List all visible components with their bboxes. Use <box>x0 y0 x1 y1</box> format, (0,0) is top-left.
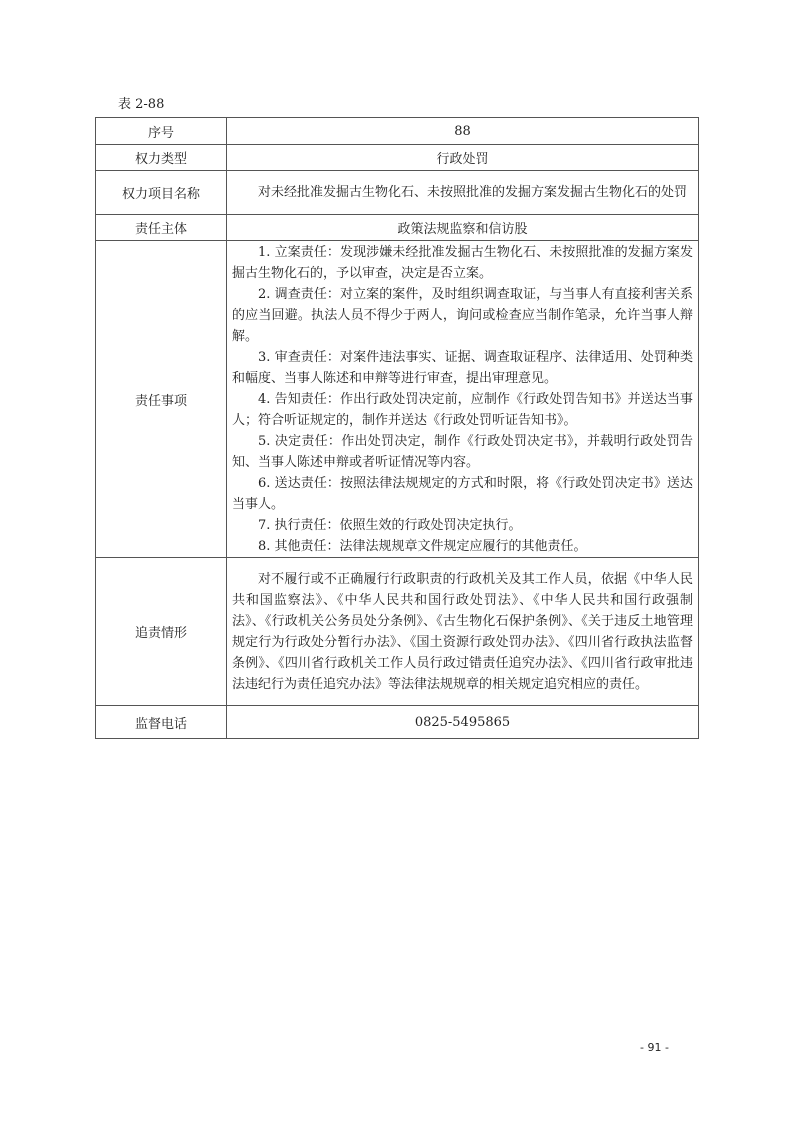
row-value-serial: 88 <box>227 118 699 145</box>
table-row: 权力项目名称 对未经批准发掘古生物化石、未按照批准的发掘方案发掘古生物化石的处罚 <box>96 171 699 215</box>
row-label-accountability: 追责情形 <box>96 558 227 706</box>
row-value-responsible-subject: 政策法规监察和信访股 <box>227 215 699 241</box>
row-label-serial: 序号 <box>96 118 227 145</box>
responsibility-table: 序号 88 权力类型 行政处罚 权力项目名称 对未经批准发掘古生物化石、未按照批… <box>95 117 699 739</box>
responsibility-item: 2. 调查责任：对立案的案件，及时组织调查取证，与当事人有直接利害关系的应当回避… <box>232 284 693 347</box>
row-value-responsibilities: 1. 立案责任：发现涉嫌未经批准发掘古生物化石、未按照批准的发掘方案发掘古生物化… <box>227 241 699 558</box>
responsibility-item: 8. 其他责任：法律法规规章文件规定应履行的其他责任。 <box>232 536 693 557</box>
table-row: 权力类型 行政处罚 <box>96 145 699 171</box>
row-value-accountability: 对不履行或不正确履行行政职责的行政机关及其工作人员，依据《中华人民共和国监察法》… <box>227 558 699 706</box>
power-item-name-text: 对未经批准发掘古生物化石、未按照批准的发掘方案发掘古生物化石的处罚 <box>232 182 693 203</box>
table-row: 责任事项 1. 立案责任：发现涉嫌未经批准发掘古生物化石、未按照批准的发掘方案发… <box>96 241 699 558</box>
page-number: - 91 - <box>640 1041 669 1054</box>
table-row: 序号 88 <box>96 118 699 145</box>
table-row: 监督电话 0825-5495865 <box>96 706 699 739</box>
responsibility-item: 7. 执行责任：依照生效的行政处罚决定执行。 <box>232 515 693 536</box>
responsibility-item: 6. 送达责任：按照法律法规规定的方式和时限，将《行政处罚决定书》送达当事人。 <box>232 473 693 515</box>
row-label-responsibilities: 责任事项 <box>96 241 227 558</box>
table-row: 追责情形 对不履行或不正确履行行政职责的行政机关及其工作人员，依据《中华人民共和… <box>96 558 699 706</box>
table-caption: 表 2-88 <box>118 97 164 113</box>
row-label-power-item-name: 权力项目名称 <box>96 171 227 215</box>
table-row: 责任主体 政策法规监察和信访股 <box>96 215 699 241</box>
row-label-supervision-phone: 监督电话 <box>96 706 227 739</box>
responsibility-item: 3. 审查责任：对案件违法事实、证据、调查取证程序、法律适用、处罚种类和幅度、当… <box>232 347 693 389</box>
responsibility-item: 1. 立案责任：发现涉嫌未经批准发掘古生物化石、未按照批准的发掘方案发掘古生物化… <box>232 242 693 284</box>
accountability-text: 对不履行或不正确履行行政职责的行政机关及其工作人员，依据《中华人民共和国监察法》… <box>232 569 693 695</box>
responsibility-item: 5. 决定责任：作出处罚决定，制作《行政处罚决定书》，并载明行政处罚告知、当事人… <box>232 431 693 473</box>
row-value-supervision-phone: 0825-5495865 <box>227 706 699 739</box>
responsibility-item: 4. 告知责任：作出行政处罚决定前，应制作《行政处罚告知书》并送达当事人；符合听… <box>232 389 693 431</box>
row-value-power-type: 行政处罚 <box>227 145 699 171</box>
row-label-power-type: 权力类型 <box>96 145 227 171</box>
row-value-power-item-name: 对未经批准发掘古生物化石、未按照批准的发掘方案发掘古生物化石的处罚 <box>227 171 699 215</box>
row-label-responsible-subject: 责任主体 <box>96 215 227 241</box>
